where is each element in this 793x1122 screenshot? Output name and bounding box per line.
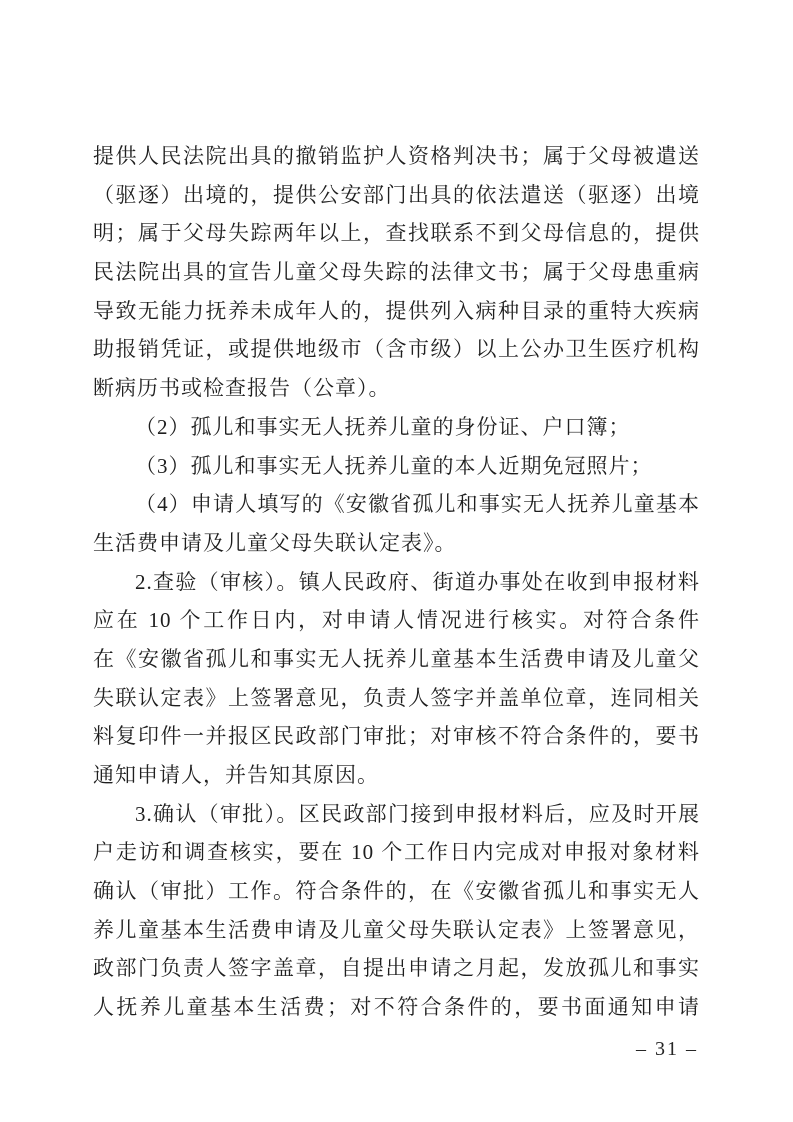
text-line: 生活费申请及儿童父母失联认定表》。 [93,524,700,563]
text-line: 在《安徽省孤儿和事实无人抚养儿童基本生活费申请及儿童父母 [93,640,700,679]
document-body: 提供人民法院出具的撤销监护人资格判决书；属于父母被遣送（驱逐）出境的，提供公安部… [93,137,700,1027]
text-line: 提供人民法院出具的撤销监护人资格判决书；属于父母被遣送 [93,137,700,176]
text-line: 通知申请人，并告知其原因。 [93,756,700,795]
text-line: （3）孤儿和事实无人抚养儿童的本人近期免冠照片； [93,447,700,486]
text-line: （4）申请人填写的《安徽省孤儿和事实无人抚养儿童基本 [93,485,700,524]
text-line: 断病历书或检查报告（公章）。 [93,369,700,408]
text-line: 应在 10 个工作日内，对申请人情况进行核实。对符合条件的， [93,601,700,640]
document-page: 提供人民法院出具的撤销监护人资格判决书；属于父母被遣送（驱逐）出境的，提供公安部… [0,0,793,1122]
text-line: 户走访和调查核实，要在 10 个工作日内完成对申报对象材料的 [93,833,700,872]
text-line: （2）孤儿和事实无人抚养儿童的身份证、户口簿； [93,408,700,447]
text-line: 导致无能力抚养未成年人的，提供列入病种目录的重特大疾病救 [93,292,700,331]
text-line: 助报销凭证，或提供地级市（含市级）以上公办卫生医疗机构诊 [93,330,700,369]
text-line: 民法院出具的宣告儿童父母失踪的法律文书；属于父母患重病而 [93,253,700,292]
page-number: – 31 – [636,1038,698,1061]
text-line: 失联认定表》上签署意见，负责人签字并盖单位章，连同相关材 [93,679,700,718]
text-line: 确认（审批）工作。符合条件的，在《安徽省孤儿和事实无人抚 [93,872,700,911]
text-line: （驱逐）出境的，提供公安部门出具的依法遣送（驱逐）出境证 [93,176,700,215]
text-line: 料复印件一并报区民政部门审批；对审核不符合条件的，要书面 [93,717,700,756]
text-line: 3.确认（审批）。区民政部门接到申报材料后，应及时开展入 [93,795,700,834]
text-line: 人抚养儿童基本生活费；对不符合条件的，要书面通知申请人， [93,988,700,1027]
text-line: 养儿童基本生活费申请及儿童父母失联认定表》上签署意见，民 [93,911,700,950]
text-line: 2.查验（审核）。镇人民政府、街道办事处在收到申报材料后， [93,563,700,602]
text-line: 政部门负责人签字盖章，自提出申请之月起，发放孤儿和事实无 [93,949,700,988]
text-line: 明；属于父母失踪两年以上，查找联系不到父母信息的，提供人 [93,214,700,253]
